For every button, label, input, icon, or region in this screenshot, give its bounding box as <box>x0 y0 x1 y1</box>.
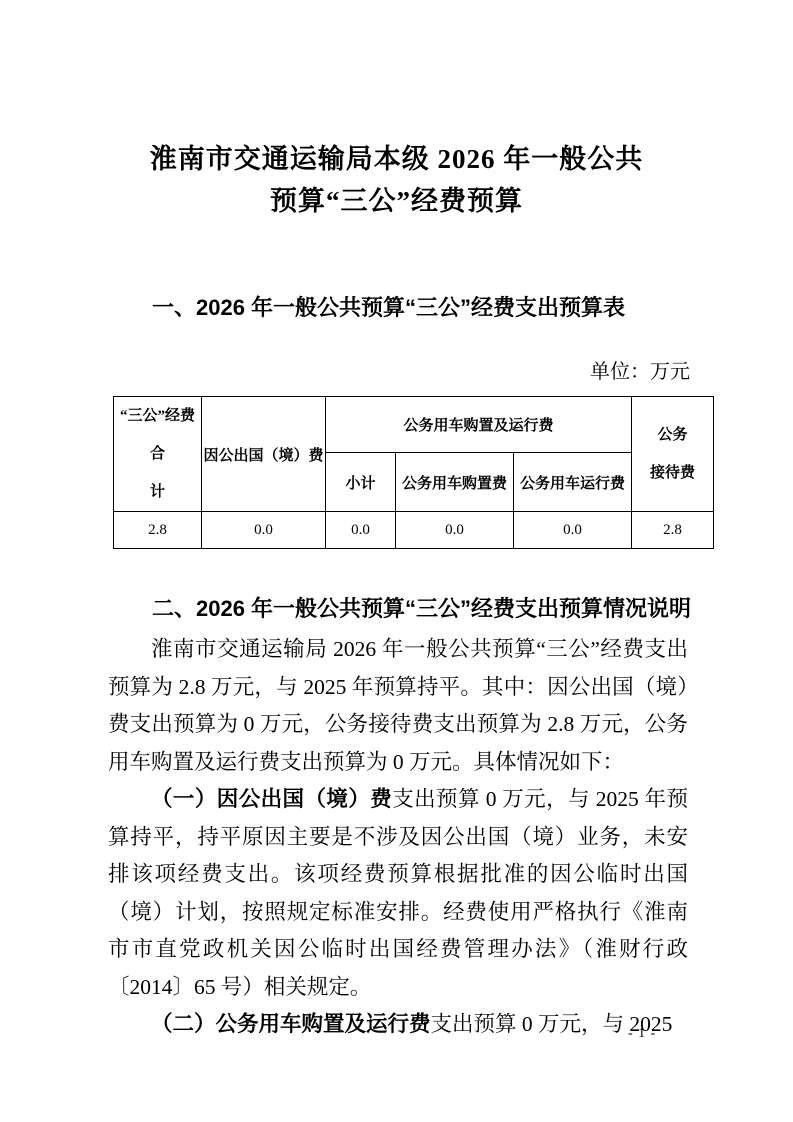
table-header-row-1: “三公”经费合 计 因公出国（境）费 公务用车购置及运行费 公务 接待费 <box>114 397 714 453</box>
header-vehicle-purchase: 公务用车购置费 <box>396 453 514 512</box>
document-page: 淮南市交通运输局本级 2026 年一般公共 预算“三公”经费预算 一、2026 … <box>0 0 793 1122</box>
table-data-row: 2.8 0.0 0.0 0.0 0.0 2.8 <box>114 512 714 549</box>
value-vehicle-purchase: 0.0 <box>396 512 514 549</box>
value-vehicle-subtotal: 0.0 <box>326 512 396 549</box>
paragraph-text: 支出预算 0 万元，与 2025 年预算持平，持平原因主要是不涉及因公出国（境）… <box>108 787 688 999</box>
value-abroad-fee: 0.0 <box>202 512 326 549</box>
value-reception-fee: 2.8 <box>632 512 714 549</box>
title-line-1: 淮南市交通运输局本级 2026 年一般公共 <box>0 138 793 180</box>
header-vehicle-operation: 公务用车运行费 <box>514 453 632 512</box>
page-number: - 1 - <box>628 1026 656 1042</box>
body-paragraph: （二）公务用车购置及运行费支出预算 0 万元，与 2025 <box>108 1006 688 1044</box>
body-paragraph: 淮南市交通运输局 2026 年一般公共预算“三公”经费支出预算为 2.8 万元，… <box>108 631 688 781</box>
header-subtotal: 小计 <box>326 453 396 512</box>
section2-paragraphs: 淮南市交通运输局 2026 年一般公共预算“三公”经费支出预算为 2.8 万元，… <box>108 631 688 1044</box>
header-three-public-total: “三公”经费合 计 <box>114 397 202 512</box>
header-vehicle-group: 公务用车购置及运行费 <box>326 397 632 453</box>
value-three-public-total: 2.8 <box>114 512 202 549</box>
paragraph-text: 淮南市交通运输局 2026 年一般公共预算“三公”经费支出预算为 2.8 万元，… <box>108 637 688 774</box>
paragraph-lead-bold: （一）因公出国（境）费 <box>151 787 392 811</box>
budget-table: “三公”经费合 计 因公出国（境）费 公务用车购置及运行费 公务 接待费 小计 … <box>113 396 714 549</box>
paragraph-lead-bold: （二）公务用车购置及运行费 <box>151 1012 431 1036</box>
header-abroad-fee: 因公出国（境）费 <box>202 397 326 512</box>
section2-heading: 二、2026 年一般公共预算“三公”经费支出预算情况说明 <box>152 597 793 621</box>
title-line-2: 预算“三公”经费预算 <box>0 180 793 222</box>
body-paragraph: （一）因公出国（境）费支出预算 0 万元，与 2025 年预算持平，持平原因主要… <box>108 781 688 1006</box>
unit-label: 单位：万元 <box>0 360 690 384</box>
section1-heading: 一、2026 年一般公共预算“三公”经费支出预算表 <box>152 296 793 320</box>
value-vehicle-operation: 0.0 <box>514 512 632 549</box>
header-reception-fee: 公务 接待费 <box>632 397 714 512</box>
document-title: 淮南市交通运输局本级 2026 年一般公共 预算“三公”经费预算 <box>0 138 793 222</box>
